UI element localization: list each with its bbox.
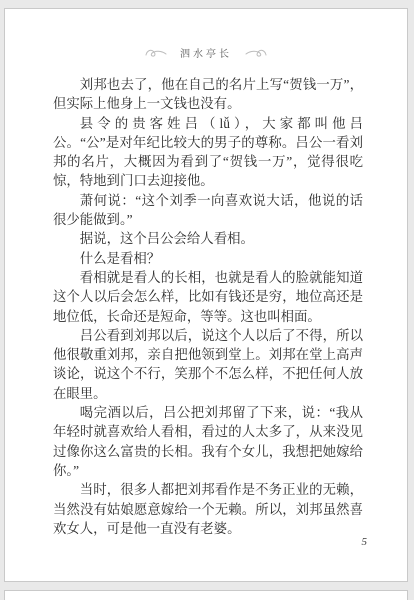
page-number: 5 [362, 536, 368, 548]
book-page: 泗水亭长 刘邦也去了，他在自己的名片上写“贺钱一万”，但实际上他身上一文钱也没有… [4, 8, 408, 582]
paragraph: 萧何说：“这个刘季一向喜欢说大话，他说的话很少能做到。” [53, 191, 363, 230]
paragraph: 县令的贵客姓吕（lǚ），大家都叫他吕公。“公”是对年纪比较大的男子的尊称。吕公一… [53, 114, 363, 191]
page-header: 泗水亭长 [5, 45, 407, 60]
paragraph: 据说，这个吕公会给人看相。 [53, 229, 363, 248]
paragraph: 刘邦也去了，他在自己的名片上写“贺钱一万”，但实际上他身上一文钱也没有。 [53, 75, 363, 114]
page-body: 刘邦也去了，他在自己的名片上写“贺钱一万”，但实际上他身上一文钱也没有。县令的贵… [53, 75, 363, 538]
paragraph: 看相就是看人的长相，也就是看人的脸就能知道这个人以后会怎么样，比如有钱还是穷，地… [53, 268, 363, 326]
chapter-title: 泗水亭长 [180, 45, 232, 60]
paragraph: 喝完酒以后，吕公把刘邦留了下来，说：“我从年轻时就喜欢给人看相，看过的人太多了，… [53, 403, 363, 480]
swirl-ornament-left-icon [144, 47, 168, 58]
next-page-edge [4, 590, 408, 600]
paragraph: 当时，很多人都把刘邦看作是不务正业的无赖，当然没有姑娘愿意嫁给一个无赖。所以，刘… [53, 480, 363, 538]
paragraph: 吕公看到刘邦以后，说这个人以后了不得，所以他很敬重刘邦，亲自把他领到堂上。刘邦在… [53, 326, 363, 403]
swirl-ornament-right-icon [244, 47, 268, 58]
paragraph: 什么是看相？ [53, 249, 363, 268]
